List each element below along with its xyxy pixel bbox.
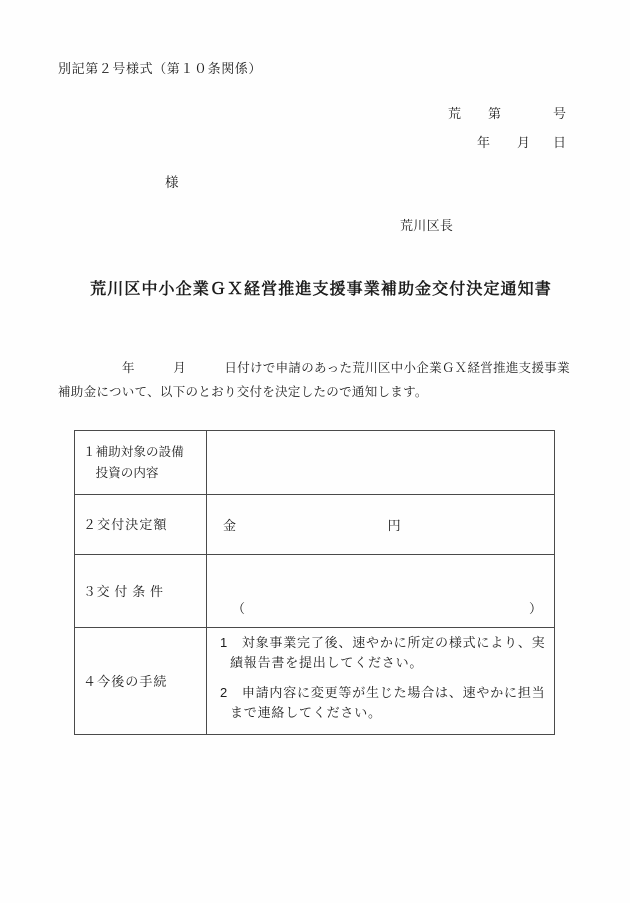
close-paren: ） <box>529 598 542 617</box>
body-line-1: 年 月 日付けで申請のあった荒川区中小企業ＧＸ経営推進支援事業 <box>58 356 572 380</box>
date-year-label: 年 <box>477 132 490 151</box>
row-value-conditions: （ ） <box>207 555 555 628</box>
row-value-procedures: 1 対象事業完了後、速やかに所定の様式により、実績報告書を提出してください。 2… <box>207 628 555 735</box>
body-paragraph: 年 月 日付けで申請のあった荒川区中小企業ＧＸ経営推進支援事業 補助金について、… <box>58 356 572 404</box>
row-label-procedures: ４今後の手続 <box>75 628 207 735</box>
table-row-equipment: １補助対象の設備 投資の内容 <box>75 431 555 495</box>
row-value-amount: 金 円 <box>207 495 555 555</box>
decision-table: １補助対象の設備 投資の内容 ２交付決定額 金 円 ３交 付 条 件 （ ） ４… <box>74 430 555 735</box>
form-number-note: 別記第２号様式（第１０条関係） <box>58 58 262 77</box>
table-row-procedures: ４今後の手続 1 対象事業完了後、速やかに所定の様式により、実績報告書を提出して… <box>75 628 555 735</box>
conditions-paren-line: （ ） <box>232 598 542 617</box>
row-label-equipment: １補助対象の設備 投資の内容 <box>75 431 207 495</box>
procedure-item-1: 1 対象事業完了後、速やかに所定の様式により、実績報告書を提出してください。 <box>220 633 551 673</box>
procedure-item-2: 2 申請内容に変更等が生じた場合は、速やかに担当まで連絡してください。 <box>220 683 551 723</box>
document-page: 別記第２号様式（第１０条関係） 荒 第 号 年 月 日 様 荒川区長 荒川区中小… <box>0 0 630 903</box>
date-month-label: 月 <box>517 132 530 151</box>
issuer-name: 荒川区長 <box>400 215 453 234</box>
table-row-conditions: ３交 付 条 件 （ ） <box>75 555 555 628</box>
addressee-honorific: 様 <box>165 171 179 191</box>
amount-unit: 円 <box>388 518 402 533</box>
open-paren: （ <box>232 598 245 617</box>
doc-number-dai: 第 <box>488 103 501 122</box>
table-row-amount: ２交付決定額 金 円 <box>75 495 555 555</box>
date-day-label: 日 <box>553 132 566 151</box>
row-label-conditions: ３交 付 条 件 <box>75 555 207 628</box>
amount-prefix: 金 <box>223 518 237 533</box>
row-value-equipment <box>207 431 555 495</box>
row-label-amount: ２交付決定額 <box>75 495 207 555</box>
document-title: 荒川区中小企業ＧＸ経営推進支援事業補助金交付決定通知書 <box>0 276 630 299</box>
body-line-2: 補助金について、以下のとおり交付を決定したので通知します。 <box>58 380 572 404</box>
doc-number-prefix: 荒 <box>448 103 461 122</box>
doc-number-go: 号 <box>553 103 566 122</box>
